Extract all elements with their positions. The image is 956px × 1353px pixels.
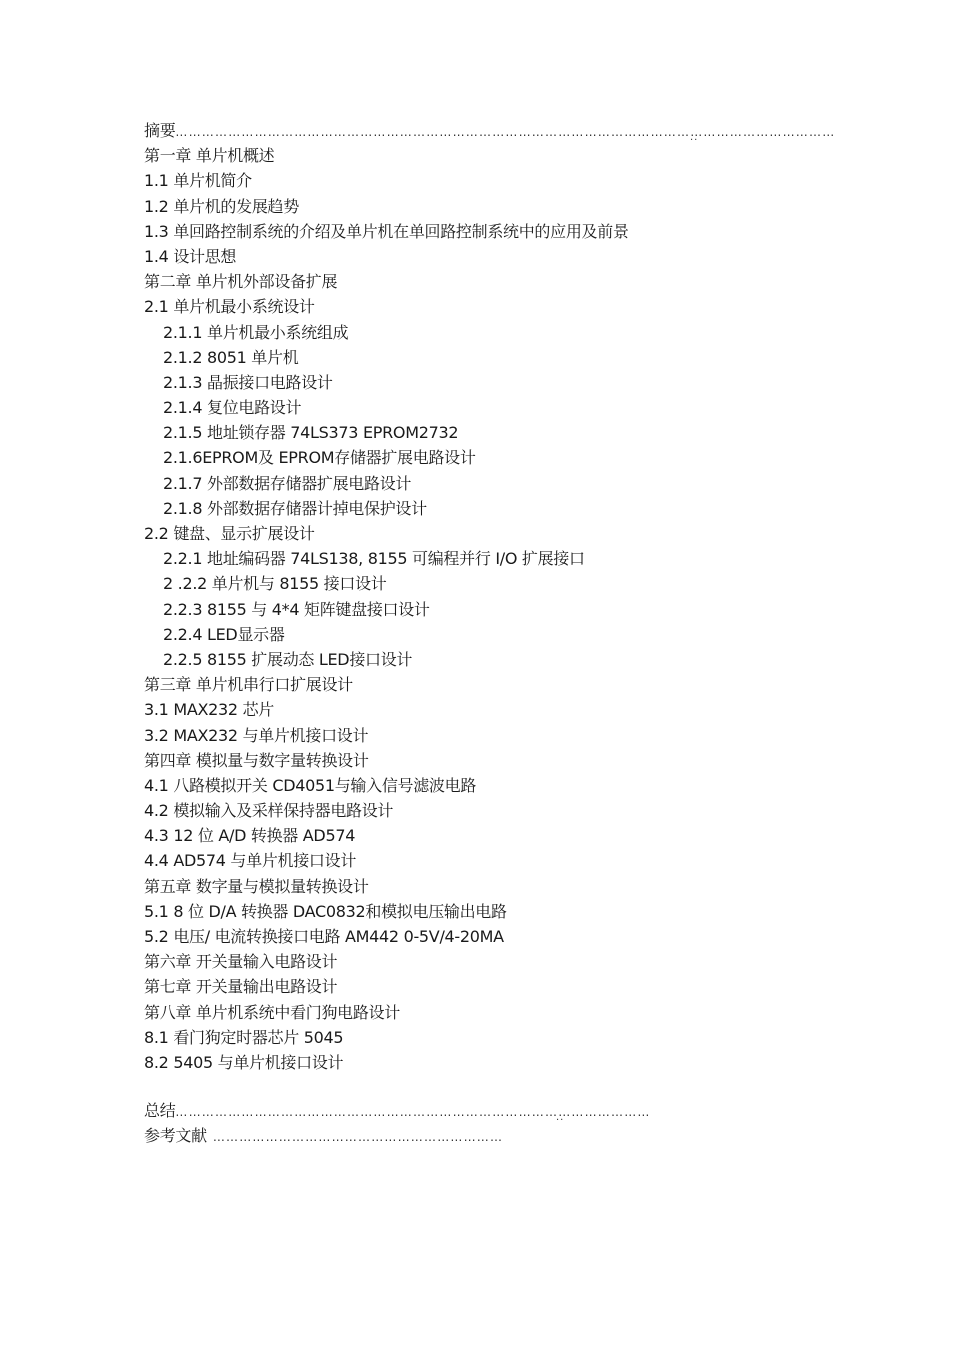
toc-label: 摘要 <box>144 118 175 143</box>
toc-entry: 第三章 单片机串行口扩展设计 <box>144 672 884 697</box>
toc-entry: 第二章 单片机外部设备扩展 <box>144 269 884 294</box>
toc-entry: 8.2 5405 与单片机接口设计 <box>144 1050 884 1075</box>
toc-entry: 第七章 开关量输出电路设计 <box>144 974 884 999</box>
dot-leader: ………………………………………………………… <box>213 1125 523 1150</box>
toc-entry-summary: 总结 ……………………………………………………………………………………………… … <box>144 1098 884 1123</box>
toc-entry: 2 .2.2 单片机与 8155 接口设计 <box>144 571 884 596</box>
toc-entry: 2.2.4 LED显示器 <box>144 622 884 647</box>
toc-entry: 4.4 AD574 与单片机接口设计 <box>144 848 884 873</box>
toc-entry: 5.1 8 位 D/A 转换器 DAC0832和模拟电压输出电路 <box>144 899 884 924</box>
toc-entry: 2.2.3 8155 与 4*4 矩阵键盘接口设计 <box>144 597 884 622</box>
toc-entry: 2.1.5 地址锁存器 74LS373 EPROM2732 <box>144 420 884 445</box>
toc-entry: 1.1 单片机简介 <box>144 168 884 193</box>
toc-entry: 5.2 电压/ 电流转换接口电路 AM442 0-5V/4-20MA <box>144 924 884 949</box>
toc-entry: 2.1.2 8051 单片机 <box>144 345 884 370</box>
toc-entry: 3.1 MAX232 芯片 <box>144 697 884 722</box>
toc-entry: 2.1.4 复位电路设计 <box>144 395 884 420</box>
toc-entry: 2.1.3 晶振接口电路设计 <box>144 370 884 395</box>
toc-entry: 2.1.1 单片机最小系统组成 <box>144 320 884 345</box>
toc-entry: 2.1 单片机最小系统设计 <box>144 294 884 319</box>
toc-entry: 1.4 设计思想 <box>144 244 884 269</box>
toc-entry: 2.2.1 地址编码器 74LS138, 8155 可编程并行 I/O 扩展接口 <box>144 546 884 571</box>
toc-entry: 1.2 单片机的发展趋势 <box>144 194 884 219</box>
toc-entry: 第五章 数字量与模拟量转换设计 <box>144 874 884 899</box>
toc-entry-abstract: 摘要 …………………………………………………………………………………………………… <box>144 118 884 143</box>
toc-entry: 8.1 看门狗定时器芯片 5045 <box>144 1025 884 1050</box>
toc-entry: 2.1.7 外部数据存储器扩展电路设计 <box>144 471 884 496</box>
toc-entry: 第一章 单片机概述 <box>144 143 884 168</box>
toc-entry: 3.2 MAX232 与单片机接口设计 <box>144 723 884 748</box>
dot-leader: …………………………………………………………………………………………………………… <box>175 120 855 145</box>
dot-leader: ……………………………………………………………………………………………… <box>175 1100 680 1125</box>
toc-entry-references: 参考文献 ………………………………………………………… <box>144 1123 884 1148</box>
toc-entry: 2.1.8 外部数据存储器计掉电保护设计 <box>144 496 884 521</box>
table-of-contents: 摘要 …………………………………………………………………………………………………… <box>144 118 884 1149</box>
toc-entry: 2.2.5 8155 扩展动态 LED接口设计 <box>144 647 884 672</box>
toc-entry: 2.1.6EPROM及 EPROM存储器扩展电路设计 <box>144 445 884 470</box>
toc-entry: 4.2 模拟输入及采样保持器电路设计 <box>144 798 884 823</box>
toc-label: 参考文献 <box>144 1123 207 1148</box>
document-page: 摘要 …………………………………………………………………………………………………… <box>0 0 956 1353</box>
toc-entry: 第八章 单片机系统中看门狗电路设计 <box>144 1000 884 1025</box>
spacer <box>144 1075 884 1098</box>
toc-entry: 第四章 模拟量与数字量转换设计 <box>144 748 884 773</box>
toc-entry: 1.3 单回路控制系统的介绍及单片机在单回路控制系统中的应用及前景 <box>144 219 884 244</box>
toc-entry: 第六章 开关量输入电路设计 <box>144 949 884 974</box>
toc-entry: 4.3 12 位 A/D 转换器 AD574 <box>144 823 884 848</box>
toc-entry: 4.1 八路模拟开关 CD4051与输入信号滤波电路 <box>144 773 884 798</box>
toc-entry: 2.2 键盘、显示扩展设计 <box>144 521 884 546</box>
toc-label: 总结 <box>144 1098 175 1123</box>
